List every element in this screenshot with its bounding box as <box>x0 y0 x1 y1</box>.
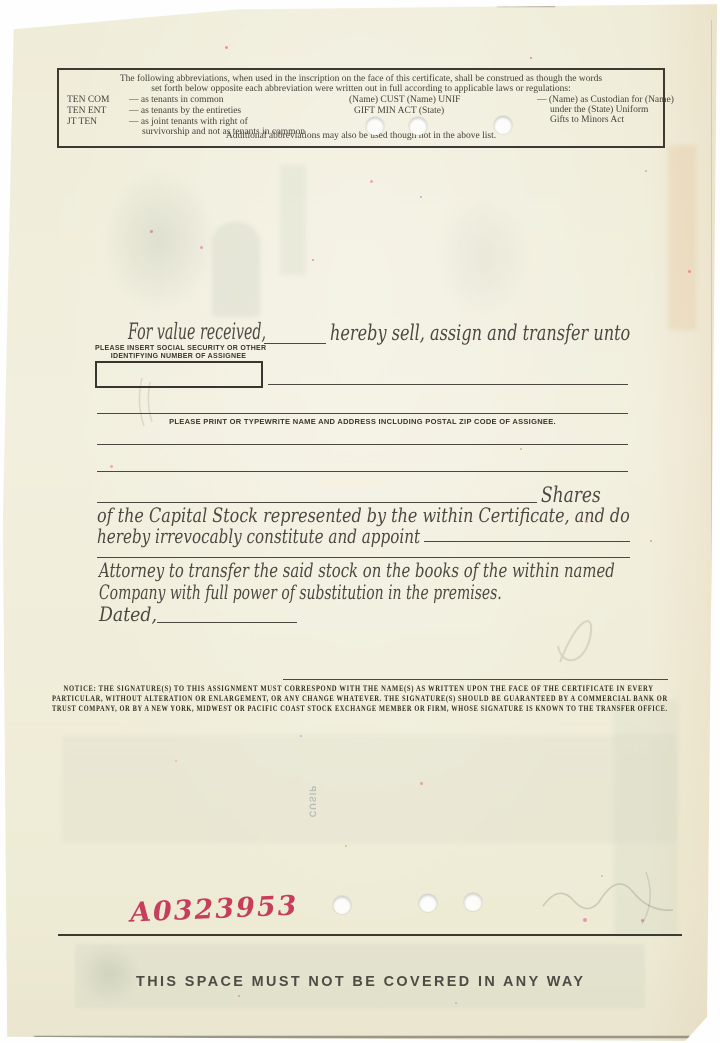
body-script-line2: hereby irrevocably constitute and appoin… <box>97 524 420 548</box>
opening-script-left: For value received, <box>128 320 266 345</box>
abbr-ten-com: TEN COM <box>67 95 110 105</box>
notice-top-rule <box>283 679 668 680</box>
handwritten-serial-number: A0323953 <box>129 890 299 928</box>
dated-label: Dated, <box>99 602 157 626</box>
notice-line-3: TRUST COMPANY, OR BY A NEW YORK, MIDWEST… <box>52 704 668 713</box>
abbr-jt-ten-def: — as joint tenants with right of <box>129 117 248 127</box>
notice-line-1: NOTICE: THE SIGNATURE(S) TO THIS ASSIGNM… <box>52 684 654 693</box>
custodian-line2: under the (State) Uniform <box>550 105 648 115</box>
assignee-name-line-2 <box>97 444 628 445</box>
assignee-name-line-1 <box>97 413 628 414</box>
abbr-ten-ent: TEN ENT <box>67 106 106 116</box>
abbr-jt-ten: JT TEN <box>67 117 97 127</box>
opening-script-right: hereby sell, assign and transfer unto <box>330 321 630 345</box>
punch-hole <box>409 117 427 135</box>
punch-hole <box>464 893 482 911</box>
print-instruction-label: PLEASE PRINT OR TYPEWRITE NAME AND ADDRE… <box>97 417 628 426</box>
abbreviations-intro-line2: set forth below opposite each abbreviati… <box>59 84 663 94</box>
punch-hole <box>494 116 512 134</box>
ssn-entry-box <box>95 361 263 388</box>
scan-shadow-bottom <box>34 1036 690 1038</box>
paper-sheet: CUSIP The following abbreviations, when … <box>0 0 720 1043</box>
ssn-label-line2: IDENTIFYING NUMBER OF ASSIGNEE <box>95 353 262 360</box>
assignor-blank-line <box>264 343 326 344</box>
punch-hole <box>419 894 437 912</box>
abbreviations-footer: Additional abbreviations may also be use… <box>59 131 663 141</box>
assignee-name-line-0 <box>268 384 628 385</box>
bottom-rule <box>58 934 682 936</box>
scan-shadow-right <box>711 20 712 1023</box>
attorney-script-line1: Attorney to transfer the said stock on t… <box>99 558 615 582</box>
notice-line-2: PARTICULAR, WITHOUT ALTERATION OR ENLARG… <box>52 694 668 703</box>
footer-warning-text: THIS SPACE MUST NOT BE COVERED IN ANY WA… <box>136 973 585 990</box>
assignee-name-line-3 <box>97 471 628 472</box>
appoint-blank-line <box>424 541 630 542</box>
attorney-script-line2: Company with full power of substitution … <box>99 580 502 604</box>
punch-hole <box>333 896 351 914</box>
serial-number-text: A0323953 <box>129 890 299 928</box>
abbreviations-intro-line1: The following abbreviations, when used i… <box>59 74 663 84</box>
dated-blank-line <box>157 622 297 623</box>
scanned-certificate-back: CUSIP The following abbreviations, when … <box>0 0 720 1043</box>
abbreviations-box: The following abbreviations, when used i… <box>57 68 665 148</box>
uniform-gift-line1: (Name) CUST (Name) UNIF <box>349 95 460 105</box>
punch-hole <box>366 117 384 135</box>
abbr-ten-com-def: — as tenants in common <box>129 95 223 105</box>
abbr-ten-ent-def: — as tenants by the entireties <box>129 106 241 116</box>
custodian-line3: Gifts to Minors Act <box>550 115 624 125</box>
ssn-label-line1: PLEASE INSERT SOCIAL SECURITY OR OTHER <box>95 345 262 352</box>
custodian-line1: — (Name) as Custodian for (Name) <box>537 95 674 105</box>
uniform-gift-line2: GIFT MIN ACT (State) <box>354 106 444 116</box>
